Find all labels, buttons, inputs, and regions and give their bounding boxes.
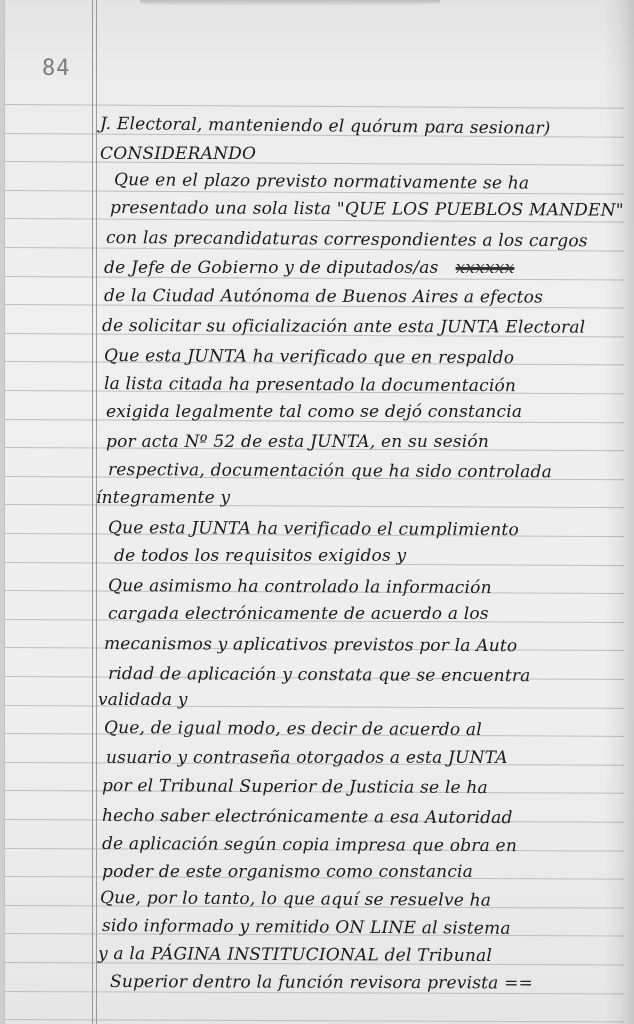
text-line: de aplicación según copia impresa que ob… bbox=[102, 834, 517, 856]
text-line: validada y bbox=[98, 690, 188, 710]
text-line: íntegramente y bbox=[96, 488, 230, 508]
text-line: de solicitar su oficialización ante esta… bbox=[102, 316, 585, 338]
page-top-shadow bbox=[140, 0, 440, 6]
text-line: de Jefe de Gobierno y de diputados/as bbox=[104, 258, 439, 278]
text-line: la lista citada ha presentado la documen… bbox=[104, 374, 516, 396]
margin-rule bbox=[92, 0, 93, 1024]
text-line: poder de este organismo como constancia bbox=[102, 862, 473, 882]
text-line: por el Tribunal Superior de Justicia se … bbox=[102, 776, 488, 798]
text-line: usuario y contraseña otorgados a esta JU… bbox=[106, 748, 508, 768]
text-line: Que en el plazo previsto normativamente … bbox=[114, 170, 529, 194]
text-line: J. Electoral, manteniendo el quórum para… bbox=[100, 114, 551, 139]
text-line: CONSIDERANDO bbox=[100, 144, 256, 164]
text-line: presentado una sola lista "QUE LOS PUEBL… bbox=[110, 198, 624, 221]
text-line-with-strike: de Jefe de Gobierno y de diputados/as xx… bbox=[104, 258, 514, 278]
text-line: por acta Nº 52 de esta JUNTA, en su sesi… bbox=[106, 432, 489, 452]
notebook-page: 84 J. Electoral, manteniendo el quórum p… bbox=[0, 0, 634, 1024]
text-line: cargada electrónicamente de acuerdo a lo… bbox=[108, 604, 489, 624]
text-line: mecanismos y aplicativos previstos por l… bbox=[104, 634, 517, 656]
text-line: Que esta JUNTA ha verificado que en resp… bbox=[104, 346, 514, 368]
text-line: hecho saber electrónicamente a esa Autor… bbox=[102, 806, 513, 828]
text-line: de la Ciudad Autónoma de Buenos Aires a … bbox=[104, 286, 543, 308]
margin-rule bbox=[96, 0, 97, 1024]
text-line: Que, de igual modo, es decir de acuerdo … bbox=[104, 718, 482, 740]
page-number: 84 bbox=[42, 56, 71, 81]
text-line: Superior dentro la función revisora prev… bbox=[110, 972, 533, 993]
text-line: sido informado y remitido ON LINE al sis… bbox=[102, 916, 511, 939]
text-line: y a la PÁGINA INSTITUCIONAL del Tribunal bbox=[98, 944, 492, 966]
page-binding-edge bbox=[0, 0, 5, 1024]
text-line: Que asimismo ha controlado la informació… bbox=[108, 576, 492, 598]
text-line: con las precandidaturas correspondientes… bbox=[106, 228, 588, 251]
struck-word: xxxxxx bbox=[456, 258, 515, 278]
text-line: de todos los requisitos exigidos y bbox=[114, 546, 406, 566]
text-line: exigida legalmente tal como se dejó cons… bbox=[106, 402, 522, 422]
text-line: ridad de aplicación y constata que se en… bbox=[108, 664, 531, 686]
text-line: Que esta JUNTA ha verificado el cumplimi… bbox=[108, 518, 519, 540]
text-line: Que, por lo tanto, lo que aquí se resuel… bbox=[100, 888, 491, 911]
text-line: respectiva, documentación que ha sido co… bbox=[108, 460, 552, 482]
